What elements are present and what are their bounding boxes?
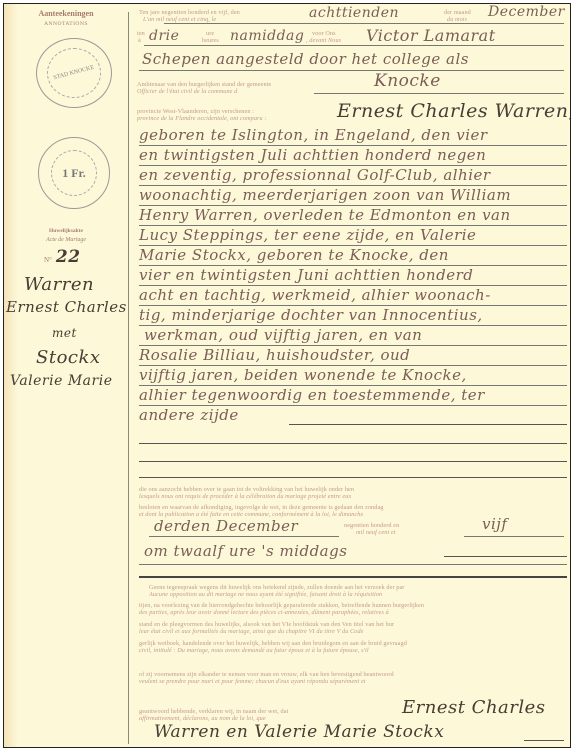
body-line: woonachtig, meerderjarigen zoon van Will…	[139, 186, 511, 204]
body-line: Henry Warren, overleden te Edmonton en v…	[139, 206, 511, 224]
official-role: Schepen aangesteld door het college als	[142, 50, 469, 68]
time-of-day-written: namiddag	[230, 28, 304, 44]
act-number-value: 22	[56, 247, 81, 267]
annotations-margin: Aanteekeningen ANNOTATIONS STAD KNOCKE 1…	[4, 4, 128, 747]
day-written: achttienden	[309, 5, 399, 21]
tax-stamp: 1 Fr.	[38, 137, 110, 209]
closing-printed-2-nl: tijen, na voorlezing van de hierrondgehe…	[139, 602, 569, 609]
publication-rule-3	[139, 564, 567, 565]
closing-printed-4-nl: gerlijk wetboek, handelende over het huw…	[139, 640, 569, 647]
column-divider	[128, 12, 129, 744]
closing-printed-2-fr: des parties, après leur avoir donné lect…	[139, 609, 569, 616]
closing-printed-6-nl: geantwoord hebbende, verklaren wij, in n…	[139, 708, 288, 715]
closing-printed-6-fr: affirmativement, déclarons, au nom de la…	[139, 715, 266, 722]
act-number: N° 22	[44, 247, 104, 267]
bride-given-names: Valerie Marie	[10, 373, 112, 389]
at-label-fr: à	[138, 37, 141, 44]
body-line: geboren te Islington, in Engeland, den v…	[139, 126, 488, 144]
marriage-certificate-page: Aanteekeningen ANNOTATIONS STAD KNOCKE 1…	[3, 3, 571, 748]
month-label-fr: du mois	[447, 16, 467, 23]
bride-surname: Stockx	[36, 347, 101, 368]
closing-printed-1-fr: Aucune opposition au dit mariage ne nous…	[149, 591, 569, 598]
header-rule-4	[314, 93, 564, 94]
publication-time-written: om twaalf ure 's middags	[144, 542, 347, 560]
act-label-fr: Acte de Mariage	[4, 237, 128, 243]
body-rule-blank	[139, 461, 567, 462]
annotations-heading-nl: Aanteekeningen	[4, 9, 128, 18]
official-name: Victor Lamarat	[366, 26, 496, 45]
hour-written: drie	[149, 28, 179, 44]
municipality-written: Knocke	[374, 71, 441, 91]
body-line: acht en tachtig, werkmeid, alhier woonac…	[139, 286, 491, 304]
at-label: ten	[137, 30, 145, 37]
hours-label-nl: ure	[206, 30, 214, 37]
before-us-nl: voor Ons	[312, 30, 336, 37]
closing-printed-5-nl: of zij voornemens zijn elkander te nemen…	[139, 671, 569, 678]
header-rule-3	[139, 70, 564, 71]
closing-printed-5-fr: veulent se prendre pour mari et pour fem…	[139, 678, 569, 685]
body-line: vier en twintigsten Juni achttien honder…	[139, 266, 473, 284]
publication-rule-2	[444, 556, 567, 557]
registrar-label-nl: Ambtenaar van den burgerlijken stand der…	[137, 81, 271, 88]
annotations-heading-fr: ANNOTATIONS	[4, 21, 128, 27]
publication-printed-1-nl: die ons aanzocht hebben over te gaan tot…	[139, 486, 569, 493]
month-label-nl: der maand	[444, 9, 471, 16]
publication-date-written: derden December	[154, 517, 298, 535]
registrar-label-fr: Officier de l'état civil de la commune d	[137, 88, 237, 95]
municipal-seal-stamp: STAD KNOCKE	[36, 38, 112, 108]
publication-rule-1a	[149, 536, 339, 537]
act-label-nl: Huwelijksakte	[4, 228, 128, 234]
year-label-fr: mil neuf cent et	[356, 529, 396, 536]
month-written: December	[488, 4, 565, 20]
publication-year-written: vijf	[482, 515, 507, 533]
closing-printed-3-fr: leur état civil et aux formalités du mar…	[139, 628, 569, 635]
groom-surname: Warren	[24, 274, 94, 295]
closing-printed-4-fr: civil, intitulé : Du mariage, nous avons…	[139, 647, 569, 654]
province-label-fr: province de la Flandre occidentale, ont …	[137, 115, 267, 122]
closing-rule	[524, 740, 564, 741]
body-line-groom-name: Ernest Charles Warren,	[337, 100, 571, 122]
publication-printed-1-fr: lesquels nous ont requis de procéder à l…	[139, 493, 569, 500]
body-line: vijftig jaren, beiden wonende te Knocke,	[139, 366, 467, 384]
header-rule-1	[164, 23, 564, 24]
header-printed-line1-fr: L'an mil neuf cent et cinq, le	[143, 16, 216, 23]
before-us-fr: , devant Nous	[306, 37, 341, 44]
header-printed-line1-nl: Ten jare negentien honderd en vijf, den	[139, 9, 240, 16]
hours-label-fr: heures	[202, 37, 219, 44]
closing-printed-1-nl: Geene tegenspraak wegens dit huwelijk on…	[149, 584, 569, 591]
body-line: en zeventig, professionnal Golf-Club, al…	[139, 166, 491, 184]
publication-rule-1b	[464, 536, 564, 537]
body-rule-blank	[139, 477, 567, 478]
body-line: werkman, oud vijftig jaren, en van	[144, 326, 422, 344]
header-rule-2	[144, 45, 564, 46]
body-line: Marie Stockx, geboren te Knocke, den	[139, 246, 449, 264]
groom-given-names: Ernest Charles	[6, 298, 127, 316]
body-rule-filler	[289, 424, 567, 425]
act-number-prefix: N°	[44, 256, 52, 264]
body-line: alhier tegenwoordig en toestemmende, ter	[139, 386, 485, 404]
body-line: tig, minderjarige dochter van Innocentiu…	[139, 306, 483, 324]
closing-groom-written: Ernest Charles	[402, 697, 546, 718]
conjunction-met: met	[52, 326, 77, 340]
closing-couple-written: Warren en Valerie Marie Stockx	[154, 722, 444, 742]
section-divider	[139, 576, 567, 578]
body-line: Rosalie Billiau, huishoudster, oud	[139, 346, 410, 364]
year-label-nl: negentien honderd en	[344, 522, 399, 529]
body-rule-blank	[139, 443, 567, 444]
publication-printed-2-nl: besloten en waarvan de afkondiging, inge…	[139, 504, 569, 511]
province-label-nl: provincie West-Vlaanderen, zijn verschen…	[137, 108, 254, 115]
body-line: en twintigsten Juli achttien honderd neg…	[139, 146, 486, 164]
body-line: Lucy Steppings, ter eene zijde, en Valer…	[139, 226, 476, 244]
body-line: andere zijde	[139, 406, 239, 424]
closing-printed-3-nl: stand en de pleegvormen des huwelijks, a…	[139, 621, 569, 628]
